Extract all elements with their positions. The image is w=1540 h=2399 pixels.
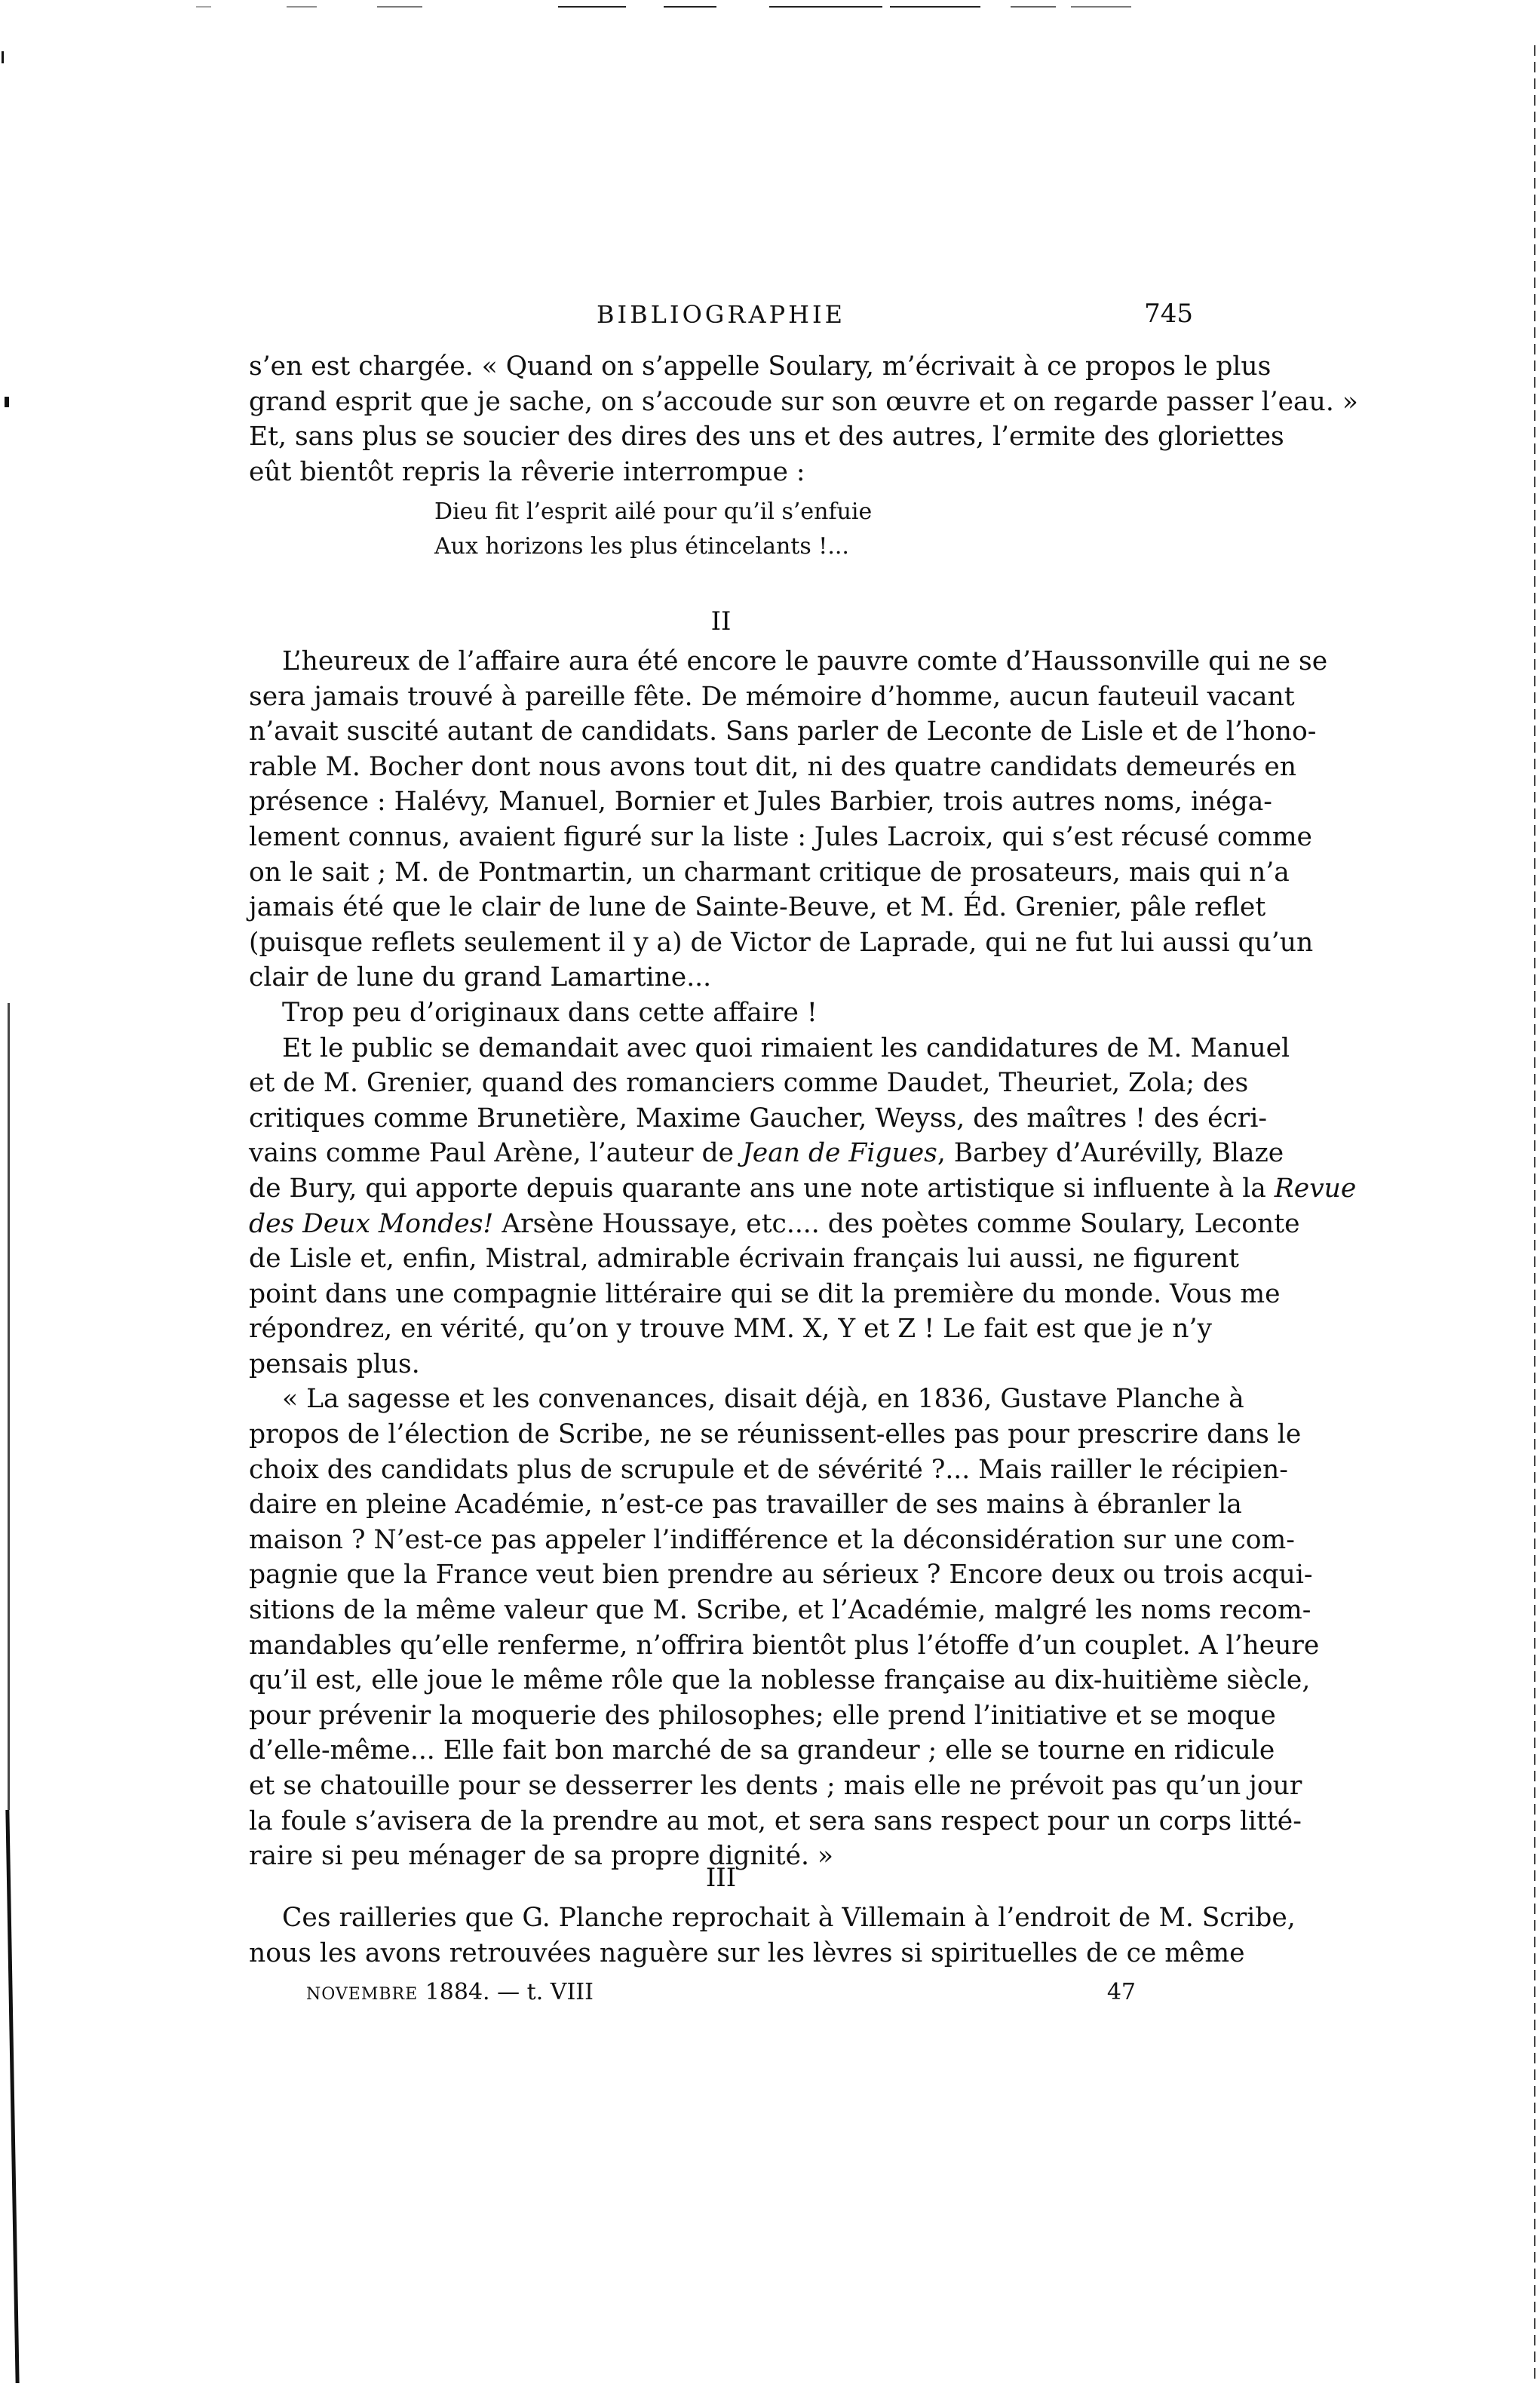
text-line: eût bientôt repris la rêverie interrompu… — [249, 455, 1193, 490]
footer-issue-line: Novembre 1884. — t. VIII — [306, 1979, 594, 2005]
text-line: Et, sans plus se soucier des dires des u… — [249, 419, 1193, 455]
opening-paragraph: s’en est chargée. « Quand on s’appelle S… — [249, 349, 1193, 489]
text-line: et de M. Grenier, quand des romanciers c… — [249, 1066, 1193, 1101]
book-title-italic: Jean de Figues — [742, 1138, 937, 1168]
text-line: (puisque reflets seulement il y a) de Vi… — [249, 925, 1193, 961]
text-line: critiques comme Brunetière, Maxime Gauch… — [249, 1101, 1193, 1137]
text-line: clair de lune du grand Lamartine... — [249, 960, 1193, 995]
text-line: nous les avons retrouvées naguère sur le… — [249, 1936, 1193, 1971]
text-line: qu’il est, elle joue le même rôle que la… — [249, 1663, 1193, 1698]
page-footer: Novembre 1884. — t. VIII 47 — [249, 1979, 1193, 2012]
text-line: L’heureux de l’affaire aura été encore l… — [249, 644, 1193, 680]
text-line: de Bury, qui apporte depuis quarante ans… — [249, 1171, 1193, 1207]
text-line: répondrez, en vérité, qu’on y trouve MM.… — [249, 1311, 1193, 1347]
text-line: choix des candidats plus de scrupule et … — [249, 1453, 1193, 1488]
text-line: mandables qu’elle renferme, n’offrira bi… — [249, 1628, 1193, 1664]
text-line: « La sagesse et les convenances, disait … — [249, 1382, 1193, 1417]
text-line: sitions de la même valeur que M. Scribe,… — [249, 1593, 1193, 1628]
text-line: rable M. Bocher dont nous avons tout dit… — [249, 750, 1193, 785]
verse-line: Aux horizons les plus étincelants !... — [434, 529, 872, 564]
text-run: Arsène Houssaye, etc.... des poètes comm… — [493, 1209, 1299, 1239]
section-heading-ii: II — [249, 606, 1193, 637]
text-line: maison ? N’est-ce pas appeler l’indiffér… — [249, 1523, 1193, 1558]
text-line: grand esprit que je sache, on s’accoude … — [249, 385, 1193, 420]
text-line: n’avait suscité autant de candidats. San… — [249, 714, 1193, 750]
text-line: s’en est chargée. « Quand on s’appelle S… — [249, 349, 1193, 385]
scan-artifact-top-edge — [196, 6, 1282, 9]
footer-issue: 1884. — t. VIII — [418, 1979, 594, 2005]
scan-mark — [5, 397, 9, 407]
text-line: des Deux Mondes! Arsène Houssaye, etc...… — [249, 1207, 1193, 1242]
page-number: 745 — [1144, 299, 1193, 329]
text-line: jamais été que le clair de lune de Saint… — [249, 890, 1193, 925]
signature-number: 47 — [1107, 1979, 1136, 2005]
text-line: Trop peu d’originaux dans cette affaire … — [249, 995, 1193, 1031]
section-heading-iii: III — [249, 1863, 1193, 1893]
text-line: pagnie que la France veut bien prendre a… — [249, 1557, 1193, 1593]
text-run: , Barbey d’Aurévilly, Blaze — [937, 1138, 1284, 1168]
text-run: vains comme Paul Arène, l’auteur de — [249, 1138, 742, 1168]
footer-month: Novembre — [306, 1985, 418, 2004]
journal-title-italic: Revue — [1275, 1173, 1357, 1204]
journal-title-italic: des Deux Mondes! — [249, 1209, 493, 1239]
text-run: de Bury, qui apporte depuis quarante ans… — [249, 1173, 1275, 1204]
text-line: on le sait ; M. de Pontmartin, un charma… — [249, 855, 1193, 891]
section-ii-body: L’heureux de l’affaire aura été encore l… — [249, 644, 1193, 1874]
text-line: la foule s’avisera de la prendre au mot,… — [249, 1804, 1193, 1839]
scan-artifact-left-rule-upper — [8, 1003, 10, 1810]
text-line: Et le public se demandait avec quoi rima… — [249, 1031, 1193, 1066]
running-head: BIBLIOGRAPHIE 745 — [249, 300, 1193, 335]
scan-mark — [2, 51, 4, 63]
text-line: d’elle-même... Elle fait bon marché de s… — [249, 1733, 1193, 1769]
text-line: de Lisle et, enfin, Mistral, admirable é… — [249, 1241, 1193, 1277]
text-line: lement connus, avaient figuré sur la lis… — [249, 820, 1193, 855]
running-title: BIBLIOGRAPHIE — [249, 300, 1193, 329]
verse-quotation: Dieu fit l’esprit ailé pour qu’il s’enfu… — [434, 495, 872, 564]
section-iii-body: Ces railleries que G. Planche reprochait… — [249, 1900, 1193, 1971]
verse-line: Dieu fit l’esprit ailé pour qu’il s’enfu… — [434, 495, 872, 529]
text-line: et se chatouille pour se desserrer les d… — [249, 1769, 1193, 1804]
text-line: point dans une compagnie littéraire qui … — [249, 1277, 1193, 1312]
scan-artifact-right-edge — [1534, 45, 1535, 2383]
text-line: Ces railleries que G. Planche reprochait… — [249, 1900, 1193, 1936]
text-line: pensais plus. — [249, 1347, 1193, 1382]
text-line: pour prévenir la moquerie des philosophe… — [249, 1698, 1193, 1734]
scan-artifact-left-rule — [5, 1810, 19, 2383]
text-line: vains comme Paul Arène, l’auteur de Jean… — [249, 1136, 1193, 1171]
text-line: propos de l’élection de Scribe, ne se ré… — [249, 1417, 1193, 1453]
text-line: présence : Halévy, Manuel, Bornier et Ju… — [249, 784, 1193, 820]
text-line: daire en pleine Académie, n’est-ce pas t… — [249, 1487, 1193, 1523]
text-line: sera jamais trouvé à pareille fête. De m… — [249, 680, 1193, 715]
